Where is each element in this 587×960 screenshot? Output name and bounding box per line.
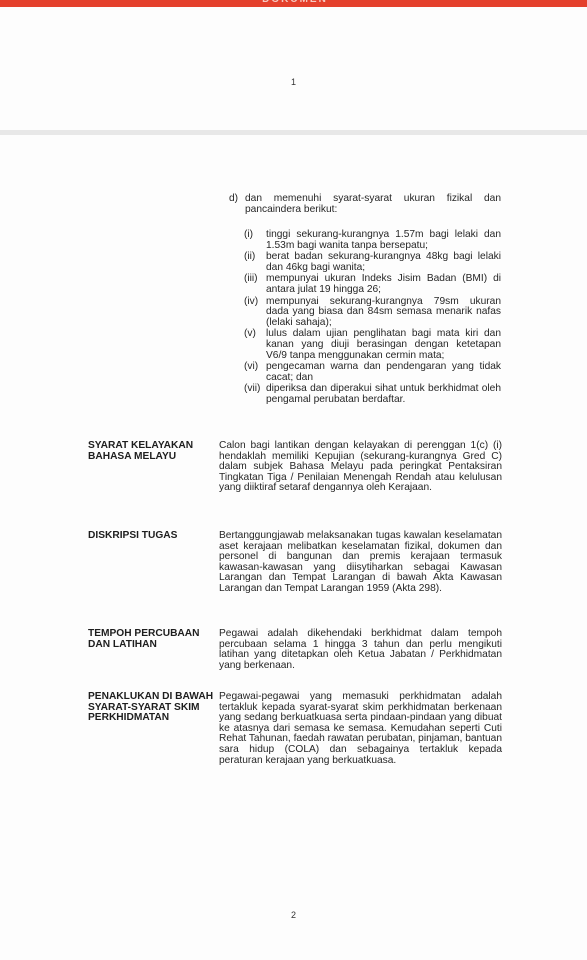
list-item-text: tinggi sekurang-kurangnya 1.57m bagi lel… <box>266 229 501 251</box>
requirement-text: dan memenuhi syarat-syarat ukuran fizika… <box>245 194 501 215</box>
section-content: Pegawai adalah dikehendaki berkhidmat da… <box>219 629 502 671</box>
document-page-1: 1 <box>0 7 587 130</box>
section-content: Calon bagi lantikan dengan kelayakan di … <box>219 441 502 494</box>
section-label: TEMPOH PERCUBAAN DAN LATIHAN <box>88 629 216 650</box>
list-item: (v)lulus dalam ujian penglihatan bagi ma… <box>244 329 501 361</box>
list-item-text: pengecaman warna dan pendengaran yang ti… <box>266 361 501 383</box>
list-item-number: (iv) <box>244 297 258 308</box>
banner-partial-text: DOKUMEN <box>230 0 360 2</box>
section-content: Bertanggungjawab melaksanakan tugas kawa… <box>219 531 502 595</box>
page-number: 1 <box>0 77 587 87</box>
list-item: (ii)berat badan sekurang-kurangnya 48kg … <box>244 252 501 273</box>
list-item-text: diperiksa dan diperakui sihat untuk berk… <box>266 383 501 405</box>
list-item: (iv)mempunyai sekurang-kurangnya 79sm uk… <box>244 297 501 329</box>
section-label: DISKRIPSI TUGAS <box>88 531 216 542</box>
top-banner: DOKUMEN <box>0 0 587 7</box>
list-item-text: mempunyai sekurang-kurangnya 79sm ukuran… <box>266 296 501 328</box>
document-page-2: d) dan memenuhi syarat-syarat ukuran fiz… <box>0 135 587 960</box>
list-item-number: (i) <box>244 230 253 241</box>
list-item: (vi)pengecaman warna dan pendengaran yan… <box>244 362 501 383</box>
list-item: (i)tinggi sekurang-kurangnya 1.57m bagi … <box>244 230 501 251</box>
physical-requirements-list: (i)tinggi sekurang-kurangnya 1.57m bagi … <box>244 230 501 407</box>
list-item-text: mempunyai ukuran Indeks Jisim Badan (BMI… <box>266 273 501 295</box>
list-item-text: lulus dalam ujian penglihatan bagi mata … <box>266 328 501 360</box>
requirement-marker: d) <box>229 194 238 205</box>
list-item-number: (v) <box>244 329 256 340</box>
section-label: PENAKLUKAN DI BAWAH SYARAT-SYARAT SKIM P… <box>88 692 216 724</box>
list-item-number: (vi) <box>244 362 258 373</box>
list-item: (vii)diperiksa dan diperakui sihat untuk… <box>244 384 501 405</box>
list-item-text: berat badan sekurang-kurangnya 48kg bagi… <box>266 251 501 273</box>
list-item-number: (iii) <box>244 274 258 285</box>
section-content: Pegawai-pegawai yang memasuki perkhidmat… <box>219 692 502 766</box>
section-label: SYARAT KELAYAKAN BAHASA MELAYU <box>88 441 216 462</box>
requirement-d: d) dan memenuhi syarat-syarat ukuran fiz… <box>229 194 501 215</box>
list-item: (iii)mempunyai ukuran Indeks Jisim Badan… <box>244 274 501 295</box>
list-item-number: (ii) <box>244 252 255 263</box>
list-item-number: (vii) <box>244 384 260 395</box>
page-number: 2 <box>0 910 587 920</box>
